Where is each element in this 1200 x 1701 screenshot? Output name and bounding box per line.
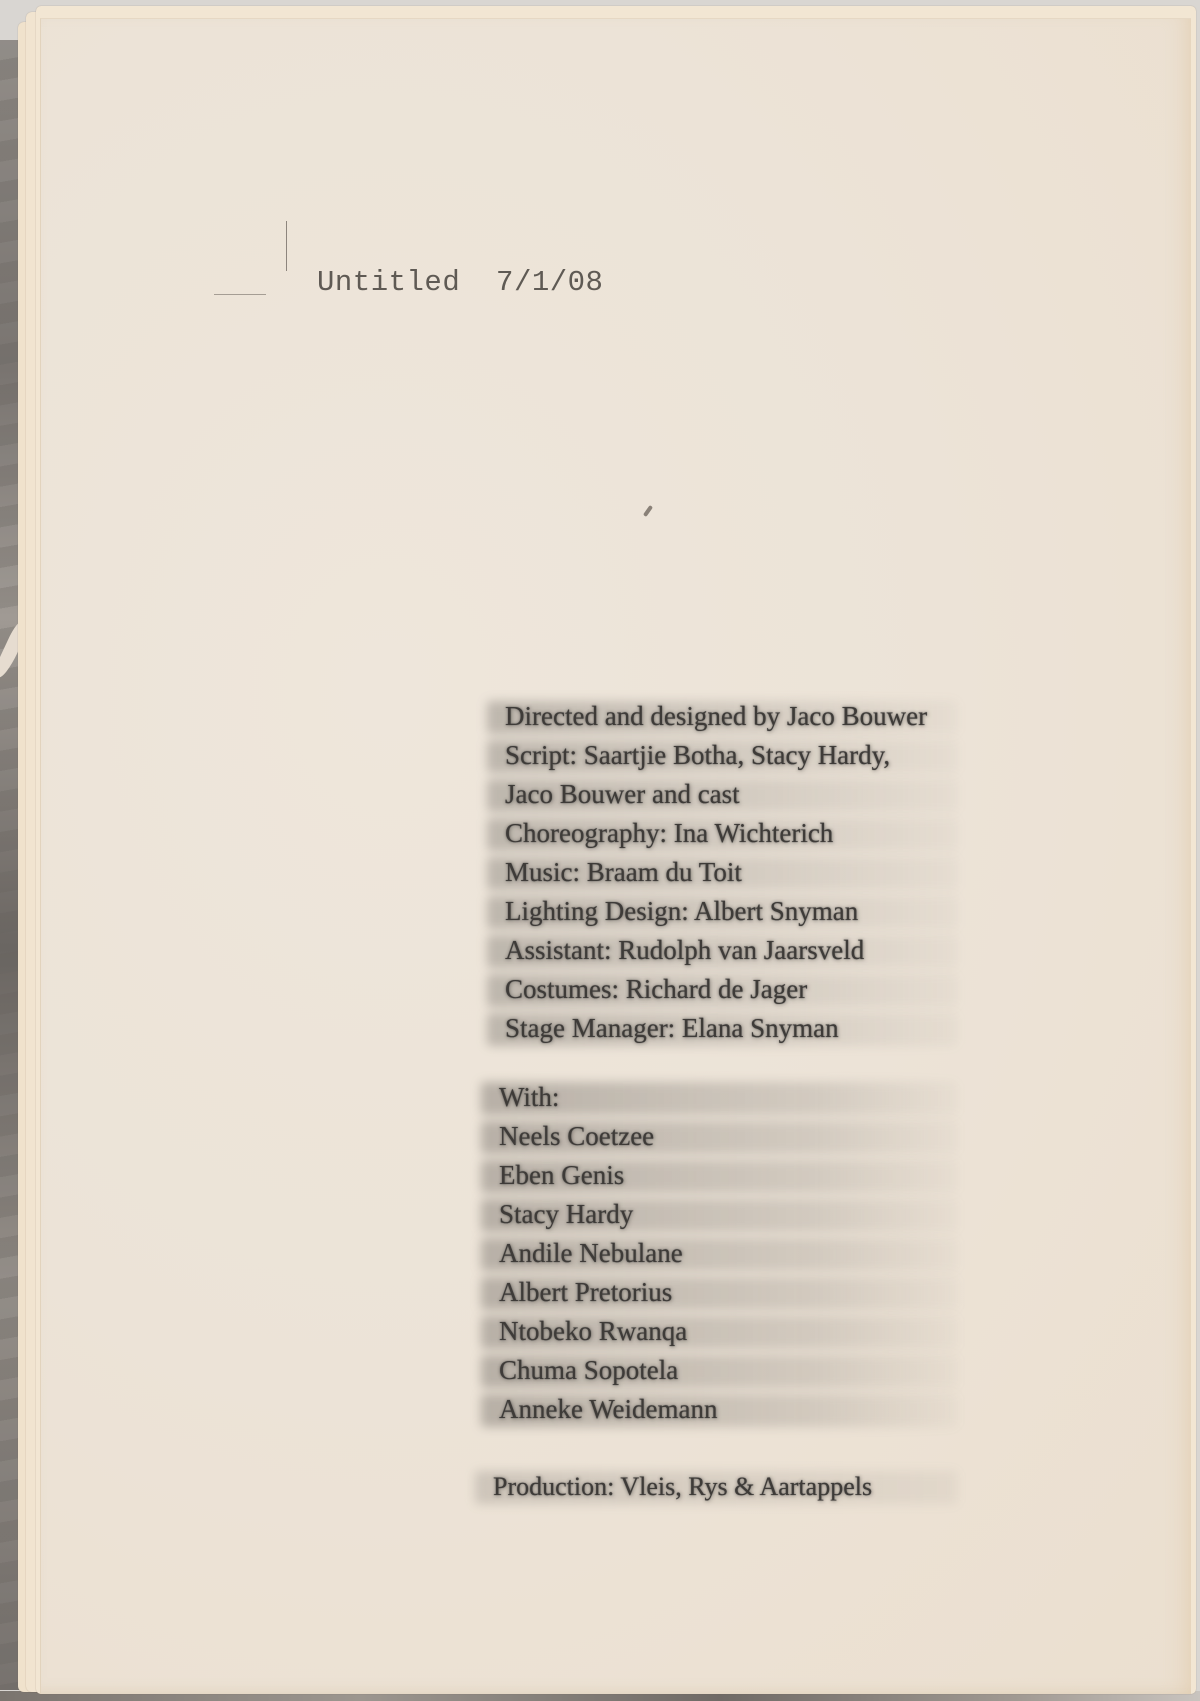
crew-line: Assistant: Rudolph van Jaarsveld [505, 931, 927, 970]
crew-line: Lighting Design: Albert Snyman [505, 892, 927, 931]
crew-line: Music: Braam du Toit [505, 853, 927, 892]
cast-member: Anneke Weidemann [499, 1390, 927, 1429]
registration-mark-vertical [286, 221, 287, 271]
spacer [505, 1048, 927, 1078]
ink-speck [643, 505, 653, 517]
cast-member: Ntobeko Rwanqa [499, 1312, 927, 1351]
cast-member: Andile Nebulane [499, 1234, 927, 1273]
cast-list: With: Neels Coetzee Eben Genis Stacy Har… [499, 1078, 927, 1429]
credits-block: Directed and designed by Jaco Bouwer Scr… [505, 697, 927, 1506]
cast-member: Eben Genis [499, 1156, 927, 1195]
typed-header: Untitled 7/1/08 [317, 266, 603, 299]
cast-member: Albert Pretorius [499, 1273, 927, 1312]
cast-heading: With: [499, 1078, 927, 1117]
cast-member: Stacy Hardy [499, 1195, 927, 1234]
header-date: 7/1/08 [496, 266, 603, 299]
cast-member: Neels Coetzee [499, 1117, 927, 1156]
crew-line: Script: Saartjie Botha, Stacy Hardy, [505, 736, 927, 775]
registration-mark-horizontal [214, 294, 266, 295]
crew-line: Jaco Bouwer and cast [505, 775, 927, 814]
production-credit: Production: Vleis, Rys & Aartappels [493, 1467, 927, 1506]
header-title: Untitled [317, 266, 460, 299]
crew-line: Directed and designed by Jaco Bouwer [505, 697, 927, 736]
cast-member: Chuma Sopotela [499, 1351, 927, 1390]
crew-line: Costumes: Richard de Jager [505, 970, 927, 1009]
crew-line: Stage Manager: Elana Snyman [505, 1009, 927, 1048]
crew-line: Choreography: Ina Wichterich [505, 814, 927, 853]
page-content: Untitled 7/1/08 Directed and designed by… [0, 0, 1200, 1701]
